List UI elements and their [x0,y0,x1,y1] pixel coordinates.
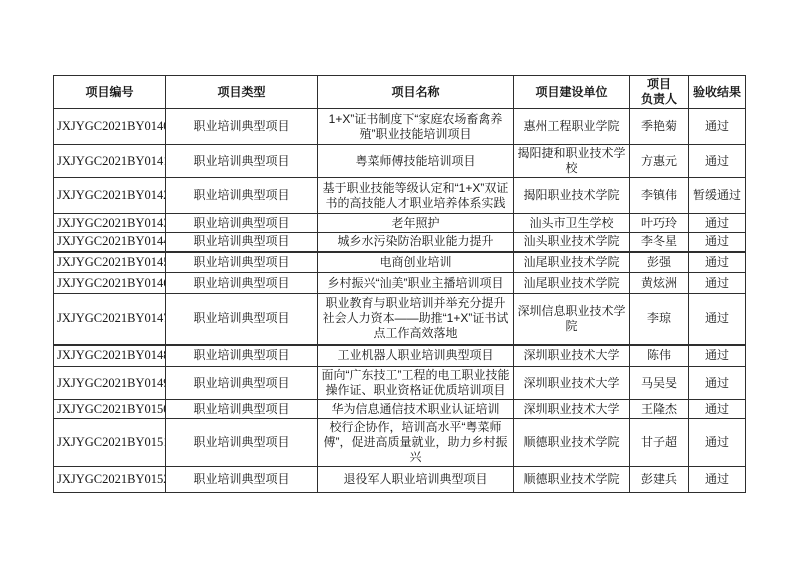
cell-type: 职业培训典型项目 [166,178,318,214]
cell-unit: 汕尾职业技术学院 [514,252,630,273]
table-row: JXJYGC2021BY0141职业培训典型项目粤菜师傅技能培训项目揭阳捷和职业… [54,145,746,178]
cell-unit: 深圳职业技术大学 [514,367,630,400]
cell-id: JXJYGC2021BY0141 [54,145,166,178]
cell-unit: 深圳职业技术大学 [514,400,630,419]
cell-type: 职业培训典型项目 [166,273,318,294]
cell-name: 电商创业培训 [318,252,514,273]
cell-type: 职业培训典型项目 [166,252,318,273]
cell-result: 通过 [689,345,746,367]
cell-unit: 汕头职业技术学院 [514,233,630,252]
cell-name: 华为信息通信技术职业认证培训 [318,400,514,419]
cell-unit: 顺德职业技术学院 [514,467,630,493]
cell-type: 职业培训典型项目 [166,367,318,400]
cell-unit: 深圳职业技术大学 [514,345,630,367]
project-acceptance-table: 项目编号 项目类型 项目名称 项目建设单位 项目 负责人 验收结果 JXJYGC… [53,75,746,493]
cell-unit: 揭阳捷和职业技术学校 [514,145,630,178]
cell-type: 职业培训典型项目 [166,233,318,252]
cell-name: 职业教育与职业培训并举充分提升社会人力资本——助推“1+X”证书试点工作高效落地 [318,294,514,345]
cell-name: 工业机器人职业培训典型项目 [318,345,514,367]
cell-leader: 彭强 [630,252,689,273]
cell-unit: 揭阳职业技术学院 [514,178,630,214]
cell-result: 通过 [689,109,746,145]
table-row: JXJYGC2021BY0147职业培训典型项目职业教育与职业培训并举充分提升社… [54,294,746,345]
cell-leader: 李琼 [630,294,689,345]
cell-id: JXJYGC2021BY0152 [54,467,166,493]
cell-result: 通过 [689,367,746,400]
cell-id: JXJYGC2021BY0149 [54,367,166,400]
header-cell-name: 项目名称 [318,76,514,109]
cell-leader: 王隆杰 [630,400,689,419]
cell-leader: 甘子超 [630,419,689,467]
cell-id: JXJYGC2021BY0151 [54,419,166,467]
cell-id: JXJYGC2021BY0147 [54,294,166,345]
table-row: JXJYGC2021BY0143职业培训典型项目老年照护汕头市卫生学校叶巧玲通过 [54,214,746,233]
header-cell-unit: 项目建设单位 [514,76,630,109]
table-row: JXJYGC2021BY0152职业培训典型项目退役军人职业培训典型项目顺德职业… [54,467,746,493]
cell-leader: 陈伟 [630,345,689,367]
cell-type: 职业培训典型项目 [166,214,318,233]
cell-result: 通过 [689,252,746,273]
cell-result: 通过 [689,214,746,233]
cell-type: 职业培训典型项目 [166,294,318,345]
table-header: 项目编号 项目类型 项目名称 项目建设单位 项目 负责人 验收结果 [54,76,746,109]
cell-type: 职业培训典型项目 [166,109,318,145]
table-row: JXJYGC2021BY0149职业培训典型项目面向“广东技工”工程的电工职业技… [54,367,746,400]
cell-unit: 汕尾职业技术学院 [514,273,630,294]
cell-leader: 李冬星 [630,233,689,252]
cell-type: 职业培训典型项目 [166,145,318,178]
cell-id: JXJYGC2021BY0146 [54,273,166,294]
cell-name: 1+X”证书制度下“家庭农场畜禽养殖”职业技能培训项目 [318,109,514,145]
cell-leader: 黄炫洲 [630,273,689,294]
cell-type: 职业培训典型项目 [166,467,318,493]
cell-name: 校行企协作，培训高水平“粤菜师傅”，促进高质量就业，助力乡村振兴 [318,419,514,467]
header-row: 项目编号 项目类型 项目名称 项目建设单位 项目 负责人 验收结果 [54,76,746,109]
table-row: JXJYGC2021BY0146职业培训典型项目乡村振兴“汕美”职业主播培训项目… [54,273,746,294]
header-cell-result: 验收结果 [689,76,746,109]
document-page: 项目编号 项目类型 项目名称 项目建设单位 项目 负责人 验收结果 JXJYGC… [0,0,800,566]
cell-unit: 深圳信息职业技术学院 [514,294,630,345]
cell-name: 粤菜师傅技能培训项目 [318,145,514,178]
table-row: JXJYGC2021BY0151职业培训典型项目校行企协作，培训高水平“粤菜师傅… [54,419,746,467]
cell-result: 通过 [689,273,746,294]
cell-name: 退役军人职业培训典型项目 [318,467,514,493]
cell-name: 基于职业技能等级认定和“1+X”双证书的高技能人才职业培养体系实践 [318,178,514,214]
cell-leader: 李镇伟 [630,178,689,214]
cell-leader: 方惠元 [630,145,689,178]
cell-id: JXJYGC2021BY0150 [54,400,166,419]
cell-unit: 惠州工程职业学院 [514,109,630,145]
table-row: JXJYGC2021BY0140职业培训典型项目1+X”证书制度下“家庭农场畜禽… [54,109,746,145]
table-body: JXJYGC2021BY0140职业培训典型项目1+X”证书制度下“家庭农场畜禽… [54,109,746,493]
table-row: JXJYGC2021BY0145职业培训典型项目电商创业培训汕尾职业技术学院彭强… [54,252,746,273]
cell-result: 通过 [689,145,746,178]
cell-result: 暂缓通过 [689,178,746,214]
cell-type: 职业培训典型项目 [166,400,318,419]
cell-result: 通过 [689,233,746,252]
table-row: JXJYGC2021BY0150职业培训典型项目华为信息通信技术职业认证培训深圳… [54,400,746,419]
cell-result: 通过 [689,294,746,345]
table-row: JXJYGC2021BY0142职业培训典型项目基于职业技能等级认定和“1+X”… [54,178,746,214]
cell-id: JXJYGC2021BY0148 [54,345,166,367]
cell-id: JXJYGC2021BY0140 [54,109,166,145]
cell-id: JXJYGC2021BY0144 [54,233,166,252]
cell-result: 通过 [689,400,746,419]
cell-leader: 彭建兵 [630,467,689,493]
cell-name: 面向“广东技工”工程的电工职业技能操作证、职业资格证优质培训项目 [318,367,514,400]
cell-unit: 汕头市卫生学校 [514,214,630,233]
cell-unit: 顺德职业技术学院 [514,419,630,467]
table-row: JXJYGC2021BY0148职业培训典型项目工业机器人职业培训典型项目深圳职… [54,345,746,367]
header-cell-type: 项目类型 [166,76,318,109]
cell-name: 乡村振兴“汕美”职业主播培训项目 [318,273,514,294]
cell-leader: 季艳菊 [630,109,689,145]
cell-id: JXJYGC2021BY0143 [54,214,166,233]
cell-type: 职业培训典型项目 [166,345,318,367]
cell-leader: 叶巧玲 [630,214,689,233]
cell-name: 老年照护 [318,214,514,233]
cell-type: 职业培训典型项目 [166,419,318,467]
cell-result: 通过 [689,467,746,493]
header-cell-id: 项目编号 [54,76,166,109]
cell-id: JXJYGC2021BY0142 [54,178,166,214]
table-row: JXJYGC2021BY0144职业培训典型项目城乡水污染防治职业能力提升汕头职… [54,233,746,252]
cell-leader: 马吴旻 [630,367,689,400]
header-cell-leader: 项目 负责人 [630,76,689,109]
cell-id: JXJYGC2021BY0145 [54,252,166,273]
cell-result: 通过 [689,419,746,467]
cell-name: 城乡水污染防治职业能力提升 [318,233,514,252]
